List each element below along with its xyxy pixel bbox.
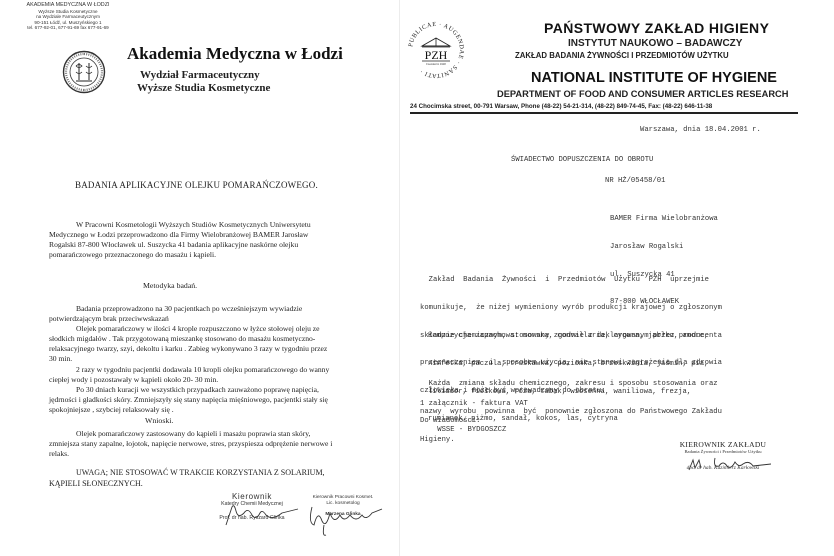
- text-line: Olejek pomarańczowy zastosowany do kąpie…: [49, 429, 369, 439]
- text-line: 2 razy w tygodniu pacjentki dodawała 10 …: [49, 365, 369, 375]
- university-seal-icon: [62, 50, 106, 94]
- certificate-title: ŚWIADECTWO DOPUSZCZENIA DO OBROTU: [511, 156, 653, 165]
- signature-title: KIEROWNIK ZAKŁADU: [678, 441, 768, 449]
- faculty-name: Wydział Farmaceutyczny: [140, 69, 260, 81]
- handwritten-signature-icon: [685, 456, 775, 472]
- text-line: słodkich migdałów . Tak przygotowaną mie…: [49, 334, 369, 344]
- text-line: Każda zmiana składu chemicznego, zakresu…: [420, 380, 722, 389]
- text-line: Badania przeprowadzono na 30 pacjentkach…: [49, 304, 369, 314]
- text-line: Zakład Badania Żywności i Przedmiotów Uż…: [420, 276, 722, 285]
- method-heading: Metodyka badań.: [143, 281, 197, 290]
- handwritten-signature-icon: [306, 503, 386, 539]
- pzh-seal-icon: PUBLICAE · AUGENDAE · SANITATI · PZH Fou…: [405, 19, 467, 81]
- date-line: Warszawa, dnia 18.04.2001 r.: [640, 126, 761, 135]
- address-line: BAMER Firma Wielobranżowa: [610, 215, 718, 224]
- institution-name: Akademia Medyczna w Łodzi: [127, 44, 343, 64]
- caution-line: KĄPIELI SŁONECZNYCH.: [49, 478, 325, 489]
- signature-title: Kierownik: [202, 493, 302, 501]
- conclusions-heading: Wnioski.: [145, 416, 173, 425]
- header-institution-en: NATIONAL INSTITUTE OF HYGIENE: [531, 70, 777, 86]
- attachment-note: 1 załącznik - faktura VAT: [420, 400, 528, 409]
- text-line: Po 30 dniach kuracji we wszystkich przyp…: [49, 385, 369, 395]
- text-line: ciepłej wody i pozostawały w kąpieli oko…: [49, 375, 369, 385]
- text-line: 30 min.: [49, 354, 369, 364]
- text-line: potwierdzającym brak przeciwwskazań: [49, 314, 369, 324]
- text-line: pomarańczowego przeznaczonego do masażu …: [49, 250, 369, 260]
- change-notice: Każda zmiana składu chemicznego, zakresu…: [420, 362, 722, 463]
- institution-stamp: AKADEMIA MEDYCZNA W ŁODZI Wyższe Studia …: [4, 3, 132, 31]
- text-line: Olejek pomarańczowy w ilości 4 krople ro…: [49, 324, 369, 334]
- text-line: relaks.: [49, 449, 369, 459]
- caution-note: UWAGA; NIE STOSOWAĆ W TRAKCIE KORZYSTANI…: [49, 467, 325, 489]
- text-line: Rogalski 87-800 Włocławek ul. Suszycka 4…: [49, 240, 369, 250]
- stamp-line: tel. 677-92-01, 677-91-69 fax 677-91-69: [4, 25, 132, 31]
- header-rule: [410, 112, 798, 114]
- left-document-page: AKADEMIA MEDYCZNA W ŁODZI Wyższe Studia …: [0, 0, 400, 556]
- header-department-pl: ZAKŁAD BADANIA ŻYWNOŚCI I PRZEDMIOTÓW UŻ…: [515, 51, 729, 60]
- method-paragraph: Badania przeprowadzono na 30 pacjentkach…: [49, 304, 369, 415]
- header-department-en: DEPARTMENT OF FOOD AND CONSUMER ARTICLES…: [497, 89, 788, 99]
- certificate-number: NR HŻ/05458/01: [605, 177, 665, 186]
- conclusions-paragraph: Olejek pomarańczowy zastosowany do kąpie…: [49, 429, 369, 459]
- signature-unit: Badania Żywności i Przedmiotów Użytku: [678, 449, 768, 455]
- header-institute-type-pl: INSTYTUT NAUKOWO – BADAWCZY: [568, 38, 742, 49]
- right-document-page: PUBLICAE · AUGENDAE · SANITATI · PZH Fou…: [400, 0, 834, 556]
- institution-address: 24 Chocimska street, 00-791 Warsaw, Phon…: [410, 103, 712, 110]
- text-line: nazwy wyrobu powinna być ponownie zgłosz…: [420, 408, 722, 417]
- text-line: komunikuje, że niżej wymieniony wyrób pr…: [420, 304, 722, 313]
- text-line: Kompozycja zapachowa: morska, convallari…: [428, 332, 708, 341]
- header-institution-pl: PAŃSTWOWY ZAKŁAD HIGIENY: [544, 20, 769, 36]
- text-line: Medycznego w Łodzi przeprowadzono dla Fi…: [49, 230, 369, 240]
- caution-line: UWAGA; NIE STOSOWAĆ W TRAKCIE KORZYSTANI…: [49, 467, 325, 478]
- text-line: Higieny.: [420, 436, 722, 445]
- text-line: relaksacyjnego twarzy, szyi, dekoltu i k…: [49, 344, 369, 354]
- svg-text:PZH: PZH: [425, 48, 448, 62]
- text-line: jędrności i gładkości skóry. Zmniejszyły…: [49, 395, 369, 405]
- studies-name: Wyższe Studia Kosmetyczne: [137, 82, 270, 94]
- text-line: zmniejsza stany zapalne, łojotok, napięc…: [49, 439, 369, 449]
- cc-recipient: WSSE - BYDGOSZCZ: [420, 426, 506, 435]
- document-title: BADANIA APLIKACYJNE OLEJKU POMARAŃCZOWEG…: [75, 180, 318, 190]
- cc-label: Do wiadomości:: [420, 417, 480, 426]
- text-line: W Pracowni Kosmetologii Wyższych Studiów…: [49, 220, 369, 230]
- address-line: Jarosław Rogalski: [610, 243, 718, 252]
- intro-paragraph: W Pracowni Kosmetologii Wyższych Studiów…: [49, 220, 369, 260]
- svg-text:Founded in 1918: Founded in 1918: [426, 62, 446, 66]
- text-line: spokojniejsze , szybciej relaksowały się…: [49, 405, 369, 415]
- handwritten-signature-icon: [222, 503, 302, 527]
